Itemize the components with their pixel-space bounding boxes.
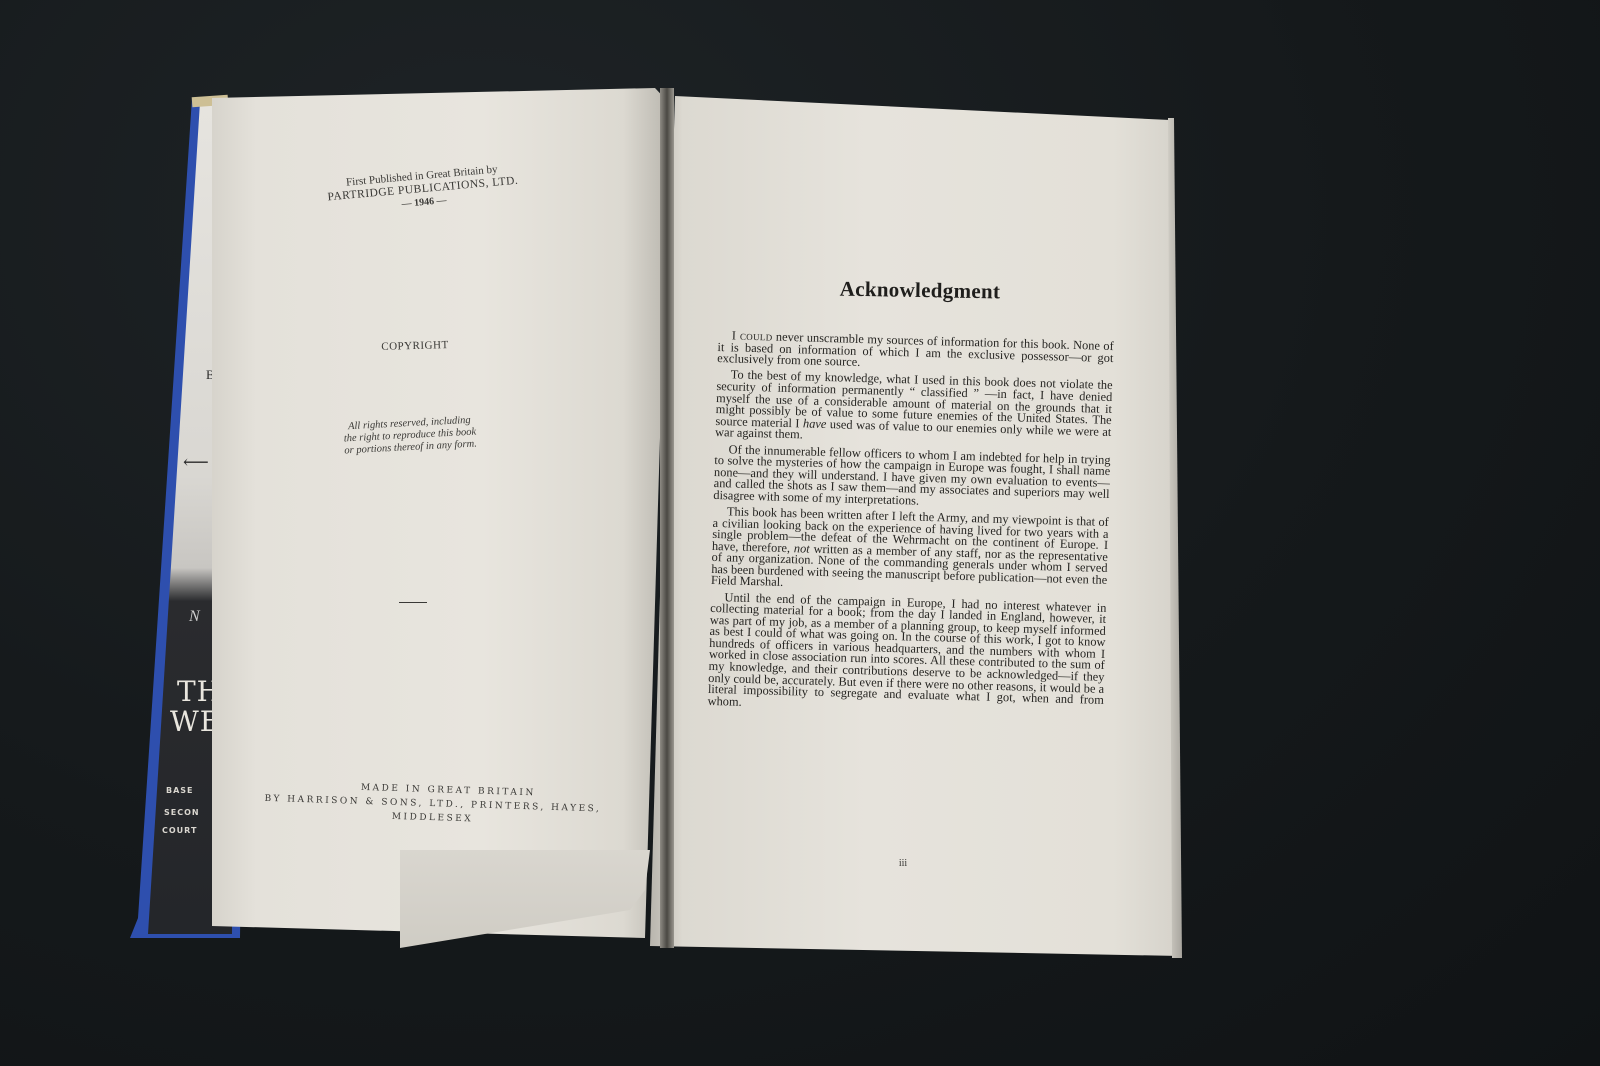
map-arrow-icon: ⟵ [183,452,209,473]
jacket-small-text-2: SECON [164,808,200,817]
paragraph-3: Of the innumerable fellow officers to wh… [713,443,1110,512]
paragraph-4: This book has been written after I left … [711,506,1109,598]
paragraph-5: Until the end of the campaign in Europe,… [707,592,1106,718]
divider-rule [399,602,427,603]
paragraph-3-text: Of the innumerable fellow officers to wh… [713,442,1111,508]
jacket-small-text-3: COURT [162,826,197,835]
page-number: iii [888,858,918,869]
acknowledgment-title: Acknowledgment [800,276,1040,305]
jacket-small-text-1: BASE [166,786,194,795]
paragraph-2: To the best of my knowledge, what I used… [715,369,1113,449]
photo-scene: B ⟵ N TH WE BASE SECON COURT First Publi… [0,0,1600,1066]
paragraph-5-text: Until the end of the campaign in Europe,… [707,590,1106,708]
jacket-letter-n: N [189,608,200,626]
copyright-heading: COPYRIGHT [370,339,460,353]
acknowledgment-body: I could never unscramble my sources of i… [707,330,1114,723]
book-gutter [660,88,674,948]
paragraph-2-emphasis: have [803,416,827,431]
